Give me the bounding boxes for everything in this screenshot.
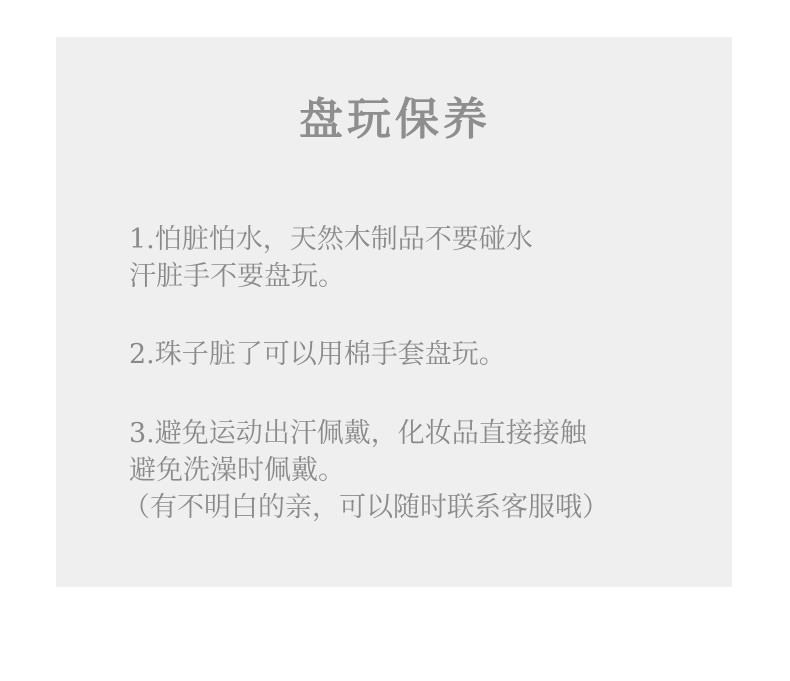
care-item-3-line-2: 避免洗澡时佩戴。 [129,452,609,489]
care-item-1-line-1: 1.怕脏怕水，天然木制品不要碰水 [129,221,533,258]
care-item-3: 3.避免运动出汗佩戴，化妆品直接接触 避免洗澡时佩戴。 （有不明白的亲，可以随时… [129,415,609,526]
customer-service-note: （有不明白的亲，可以随时联系客服哦） [123,489,609,526]
page-title: 盘玩保养 [0,92,790,148]
care-item-1-line-2: 汗脏手不要盘玩。 [129,258,533,295]
care-item-3-line-1: 3.避免运动出汗佩戴，化妆品直接接触 [129,415,609,452]
care-item-2: 2.珠子脏了可以用棉手套盘玩。 [129,336,506,373]
care-item-2-line-1: 2.珠子脏了可以用棉手套盘玩。 [129,336,506,373]
care-item-1: 1.怕脏怕水，天然木制品不要碰水 汗脏手不要盘玩。 [129,221,533,295]
